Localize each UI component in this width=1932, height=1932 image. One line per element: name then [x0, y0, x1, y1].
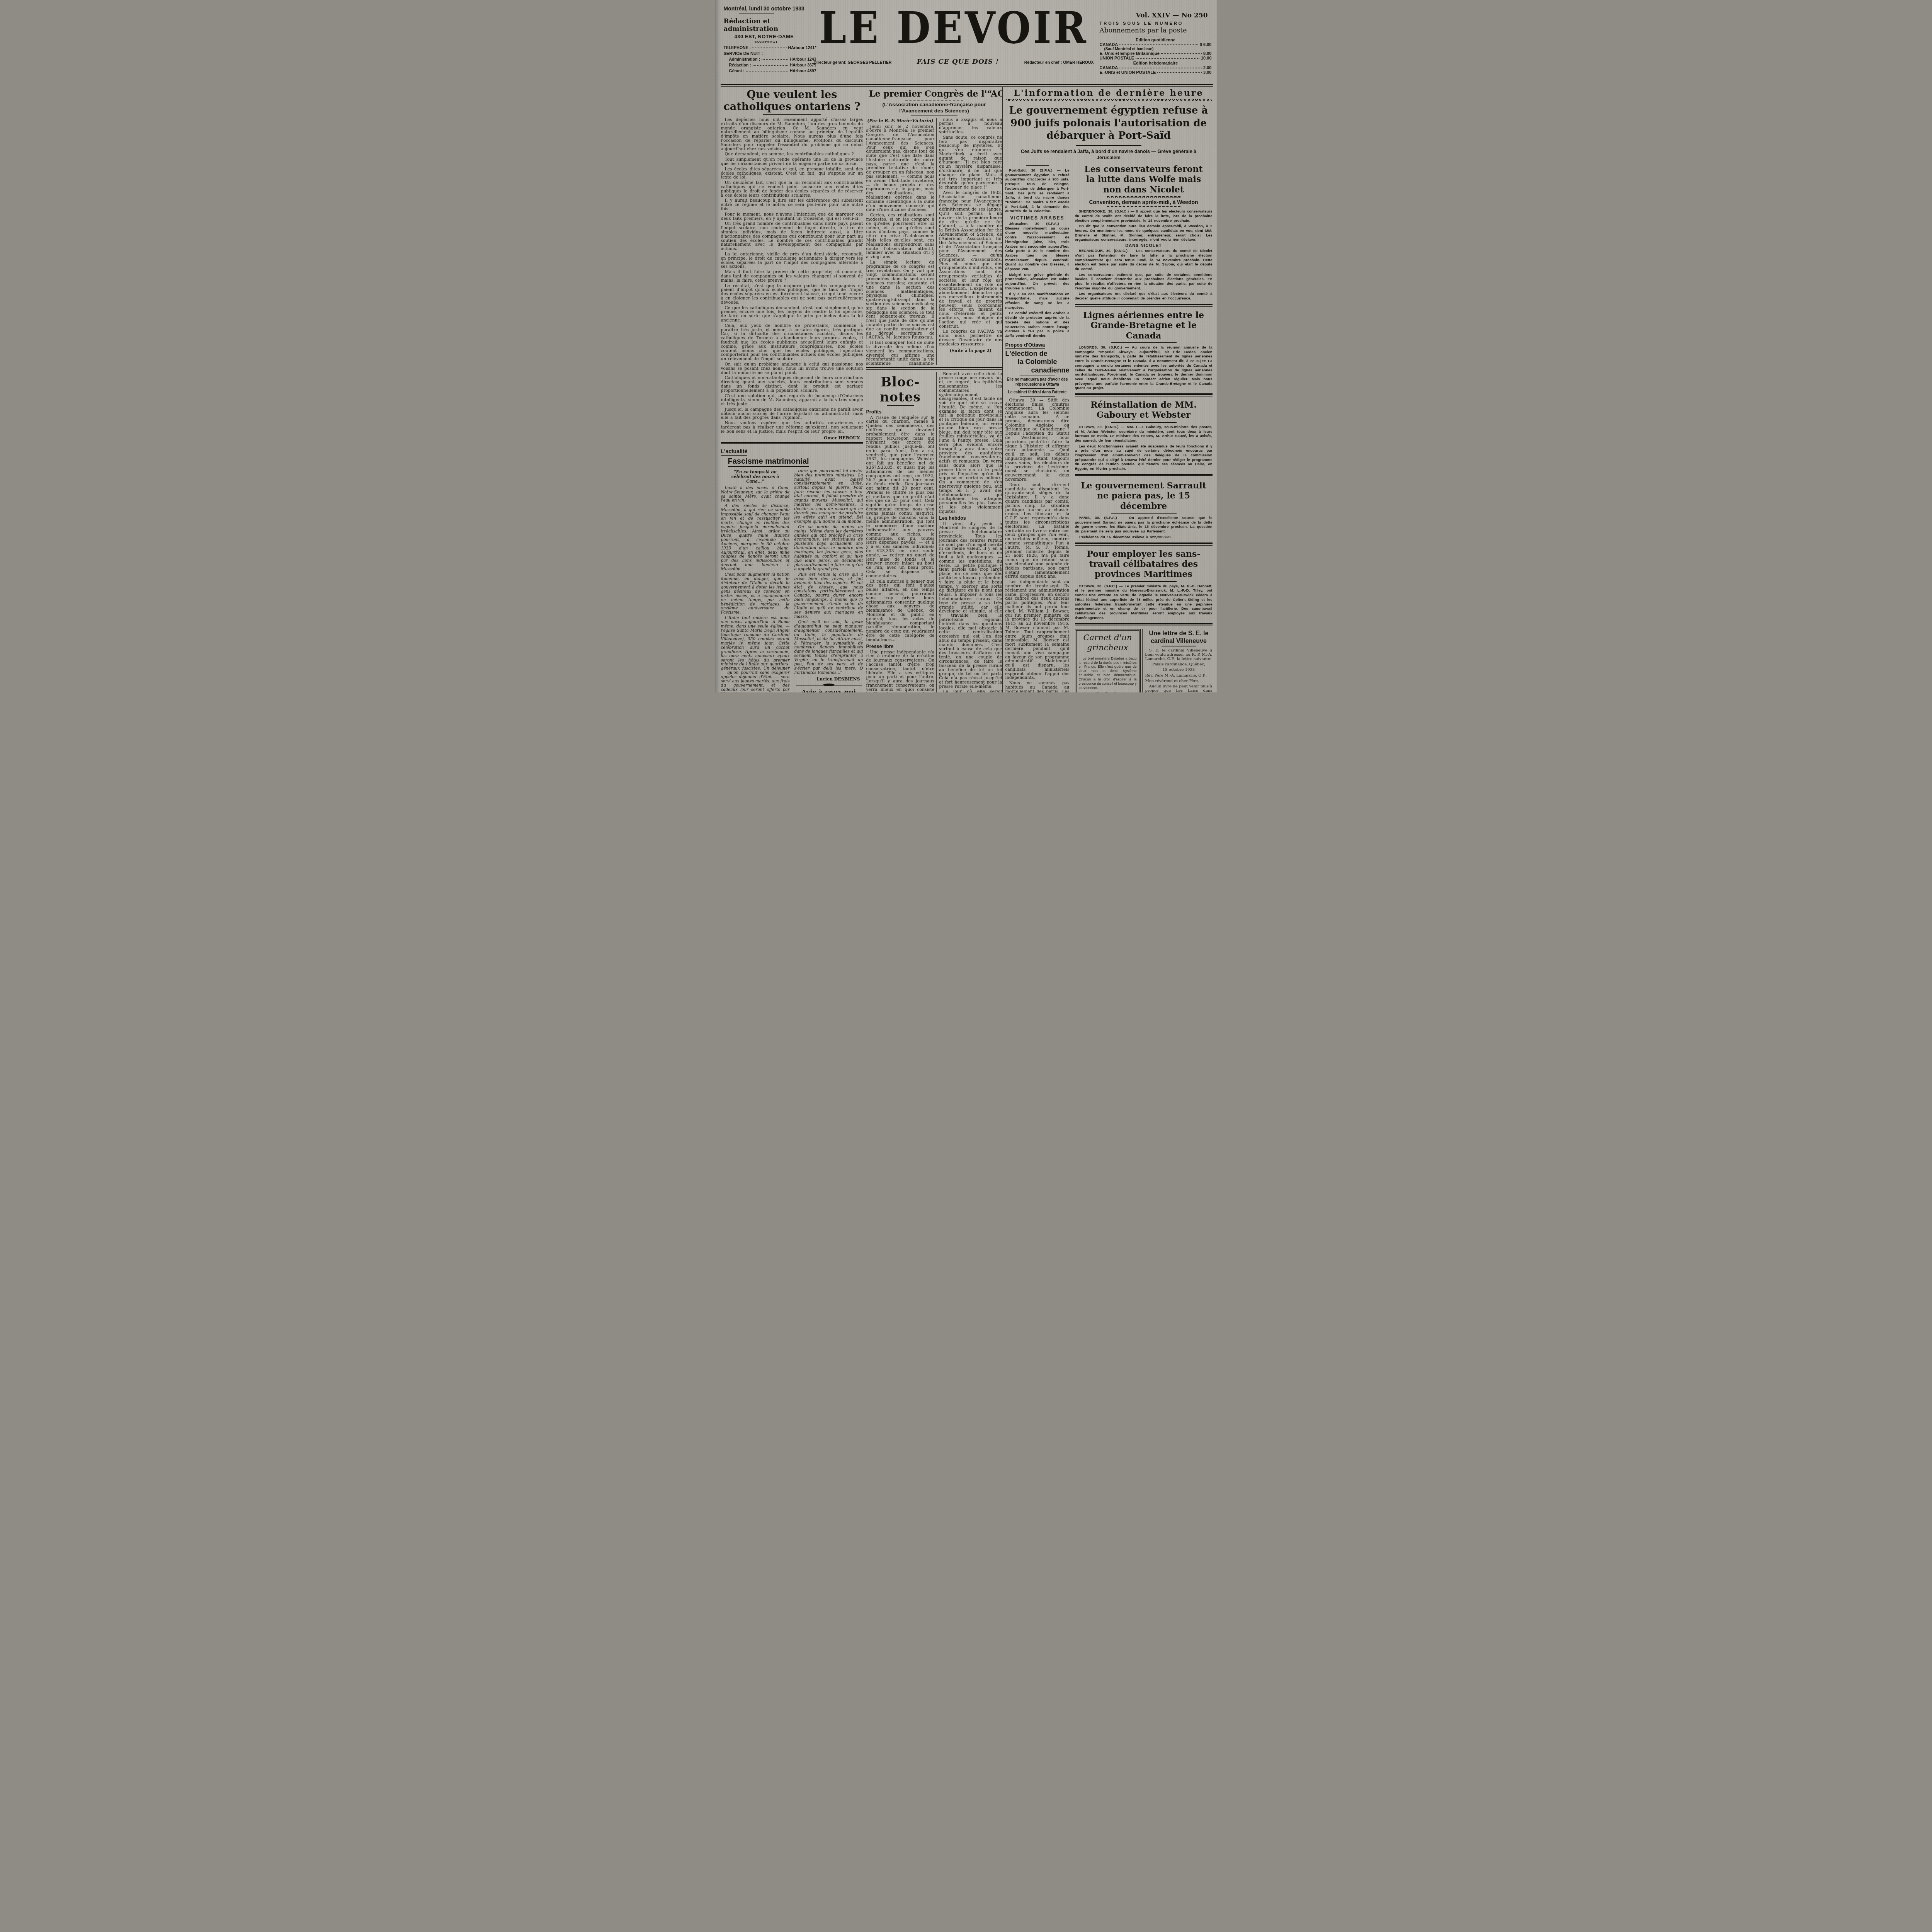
colombie-headline-l3: canadienne	[1005, 366, 1070, 375]
dotted-leader	[1161, 53, 1202, 54]
subscription-row: UNION POSTALE 10.00	[1100, 56, 1212, 61]
rule	[1111, 342, 1177, 343]
paragraph: OTTAWA, 30. (D.N.C.) — MM. L.-J. Gaboury…	[1075, 425, 1213, 443]
nicolet-subhead: DANS NICOLET	[1075, 243, 1213, 248]
rule	[1096, 654, 1119, 654]
maritimes-article: Pour employer les sans-travail célibatai…	[1075, 548, 1213, 622]
blocnotes-col-2: Bennett avec celle dont la presse rouge …	[937, 372, 1002, 692]
actualite-col-2: toire que pourraient lui envier bien des…	[792, 469, 863, 692]
paragraph: Port-Saïd, 30 (S.P.A.) — Le gouvernement…	[1005, 168, 1070, 214]
column-acfas-blocnotes: Le premier Congrès de l'“ACFAS” (L'Assoc…	[866, 87, 1003, 692]
right-articles-column: Les conservateurs feront la lutte dans W…	[1072, 163, 1213, 692]
sub-value: 10.00	[1201, 56, 1212, 61]
colombie-deck-2: Le cabinet fédéral dans l'attente	[1005, 390, 1070, 395]
paragraph: Puis est venue la crise qui a brisé bien…	[794, 573, 863, 619]
gaboury-body: OTTAWA, 30. (D.N.C.) — MM. L.-J. Gaboury…	[1075, 425, 1213, 471]
paragraph: Malgré une grève générale de protestatio…	[1005, 273, 1070, 291]
acfas-col-1: (Par le R. F. Marie-Victorin) Jeudi soir…	[866, 118, 937, 365]
colombie-headline: L'élection de la Colombie canadienne	[1005, 350, 1070, 375]
villeneuve-body: S. E. le cardinal Villeneuve a bien voul…	[1145, 648, 1213, 692]
jerusalem-dispatch: Jérusalem, 30 (S.P.A.) — Blessés mortell…	[1005, 222, 1070, 338]
paragraph: Les dépêches nous ont récemment apporté …	[721, 118, 863, 151]
wolfe-body-2: BECANCOUR, 30. (D.N.C.) — Les conservate…	[1075, 249, 1213, 301]
motto: FAIS CE QUE DOIS !	[917, 58, 999, 66]
paragraph: Jeudi soir, le 2 novembre, s'ouvre à Mon…	[866, 125, 935, 213]
paragraph: Une presse indépendante n'a rien à crain…	[866, 650, 935, 692]
colombie-headline-l2: la Colombie	[1005, 358, 1070, 366]
dotted-leader	[753, 65, 788, 66]
dateline: Montréal, lundi 30 octobre 1933	[724, 5, 816, 12]
acfas-subtitle: (L'Association canadienne-française pour…	[869, 102, 999, 114]
actualite-body-2: toire que pourraient lui envier bien des…	[794, 469, 863, 675]
sub-value: 8.00	[1203, 51, 1211, 56]
egypt-headline: Le gouvernement égyptien refuse à 900 ju…	[1007, 104, 1210, 142]
paragraph: Il y a eu des manifestations en Transjor…	[1005, 292, 1070, 310]
heavy-rule	[721, 442, 863, 445]
actualite-signature: Lucien DESBIENS	[794, 677, 860, 682]
sub-value: 3.00	[1203, 70, 1211, 75]
weekly-edition-label: Edition hebdomadaire	[1100, 61, 1212, 66]
rule	[1076, 145, 1141, 146]
paragraph: SHERBROOKE, 30. (D.N.C.) — Il appert que…	[1075, 209, 1213, 223]
wolfe-article: Les conservateurs feront la lutte dans W…	[1075, 163, 1213, 302]
actualite-section: L'actualité Fascisme matrimonial “En ce …	[721, 447, 863, 692]
phone-label: Administration :	[729, 57, 760, 62]
paragraph: On dit que la convention aura lieu demai…	[1075, 224, 1213, 242]
subscription-row: CANADA 2.00	[1100, 66, 1212, 70]
paragraph: Nous voulons espérer que les autorités o…	[721, 421, 863, 434]
hebdos-subhead: Les hebdos	[939, 515, 1002, 521]
blocnotes-col-1: Bloc-notes Profits A l'issue de l'enquêt…	[866, 372, 937, 692]
paragraph: S. E. le cardinal Villeneuve a bien voul…	[1145, 648, 1213, 662]
actualite-quote: “En ce temps-là on célébrait des noces à…	[725, 470, 786, 484]
acfas-columns: (Par le R. F. Marie-Victorin) Jeudi soir…	[866, 118, 1002, 365]
dotted-leader	[1119, 68, 1202, 68]
dotted-leader	[1136, 58, 1199, 59]
acfas-continued-note: (Suite à la page 2)	[939, 349, 1002, 353]
lignes-article: Lignes aériennes entre le Grande-Bretagn…	[1075, 309, 1213, 392]
paragraph: Il y aurait beaucoup à dire sur les diff…	[721, 199, 863, 211]
sarrault-article: Le gouvernement Sarrault ne paiera pas, …	[1075, 480, 1213, 541]
page-content: Que veulent les catholiques ontariens ? …	[721, 87, 1213, 692]
heavy-rule	[1075, 393, 1213, 396]
blocnotes-columns: Bloc-notes Profits A l'issue de l'enquêt…	[866, 372, 1002, 692]
phone-value: HArbour 1241*	[788, 46, 816, 50]
column-editorial: Que veulent les catholiques ontariens ? …	[721, 87, 866, 692]
late-news-columns: Port-Saïd, 30 (S.P.A.) — Le gouvernement…	[1005, 163, 1213, 692]
actualite-col-1: “En ce temps-là on célébrait des noces à…	[721, 469, 792, 692]
colombie-headline-l1: L'élection de	[1005, 350, 1048, 357]
paragraph: Les indépendants sont au nombre de trent…	[1005, 580, 1070, 680]
phone-label: TELEPHONE :	[724, 46, 751, 50]
paragraph: Sans doute, ce congrès ne fera pas dispa…	[939, 136, 1002, 190]
paragraph: On sait qu'un problème analogue à celui …	[721, 362, 863, 375]
paragraph: Les deux fonctionnaires avaient été susp…	[1075, 444, 1213, 471]
paragraph: La loi ontarienne, vieille de près d'un …	[721, 252, 863, 269]
acfas-body-2: nous a assagis et nous a permis à nouvea…	[939, 118, 1002, 347]
paragraph: A des siècles de distance, Mussolini, à …	[721, 504, 790, 571]
hebdos-body: Il vient d'y avoir à Montréal le congrès…	[939, 522, 1002, 692]
heavy-rule	[1075, 623, 1213, 626]
paragraph: Mon révérend et cher Père,	[1145, 679, 1213, 683]
actualite-body-1: Invité à des noces à Cana, Notre-Seigneu…	[721, 486, 790, 692]
acfas-col-2: nous a assagis et nous a permis à nouvea…	[937, 118, 1002, 365]
grincheux-column: Carnet d'un grincheux Le bref ministère …	[1075, 629, 1142, 692]
bottom-right-row: Carnet d'un grincheux Le bref ministère …	[1075, 629, 1213, 692]
egypt-deck: Ces Juifs se rendaient à Jaffa, à bord d…	[1017, 148, 1201, 161]
paragraph: C'est une solution qui, aux regards de b…	[721, 394, 863, 406]
sub-label: E.-Unis et Empire Britannique	[1100, 51, 1160, 56]
sarrault-body: PARIS, 30. (S.P.A.) — On apprend d'excel…	[1075, 516, 1213, 540]
paragraph: Il vient d'y avoir à Montréal le congrès…	[939, 522, 1002, 689]
rule	[1020, 388, 1055, 389]
wolfe-deck: Convention, demain après-midi, à Weedon	[1075, 199, 1213, 205]
paragraph: On se marie de moins en moins. Même dans…	[794, 525, 863, 571]
sub-label: E.-UNIS et UNION POSTALE	[1100, 70, 1156, 75]
paragraph: Palais cardinalice, Québec,	[1145, 662, 1213, 667]
paragraph: Mais il faut faire la preuve de cette pr…	[721, 270, 863, 282]
lignes-headline: Lignes aériennes entre le Grande-Bretagn…	[1079, 310, 1209, 341]
paragraph: Et cela autorise à penser que des gens q…	[866, 580, 935, 642]
avis-headline: Avis à ceux qui voyagent	[794, 689, 863, 692]
subscriptions-title: Abonnements par la poste	[1100, 27, 1212, 34]
paragraph: ✻ ✻ ✻	[1079, 691, 1137, 692]
maritimes-body: OTTAWA, 30. (S.P.C.) — Le premier minist…	[1075, 584, 1213, 621]
acfas-byline: (Par le R. F. Marie-Victorin)	[866, 118, 935, 123]
paragraph: Bennett avec celle dont la presse rouge …	[939, 372, 1002, 514]
price-line: TROIS SOUS LE NUMERO	[1100, 21, 1212, 26]
paragraph: L'échéance du 15 décembre s'élève à $22,…	[1075, 535, 1213, 540]
rule	[905, 100, 963, 100]
night-service-label: SERVICE DE NUIT :	[724, 51, 816, 56]
fascisme-headline: Fascisme matrimonial	[728, 457, 809, 467]
masthead-center: LE DEVOIR Directeur-gérant: GEORGES PELL…	[814, 7, 1094, 66]
sub-value: 2.00	[1203, 66, 1211, 70]
paragraph: Nous ne sommes pas habitués au Canada au…	[1005, 681, 1070, 692]
paragraph: Catholiques et non-catholiques disposent…	[721, 376, 863, 393]
paragraph: A l'issue de l'enquête sur le cartel du …	[866, 416, 935, 578]
blocnotes-headline: Bloc-notes	[866, 374, 935, 405]
newspaper-front-page: Montréal, lundi 30 octobre 1933 Rédactio…	[715, 0, 1217, 692]
paragraph: Invité à des noces à Cana, Notre-Seigneu…	[721, 486, 790, 503]
subscription-row: CANADA $ 6.00	[1100, 43, 1212, 47]
heavy-rule	[1075, 304, 1213, 307]
acfas-body-1: Jeudi soir, le 2 novembre, s'ouvre à Mon…	[866, 125, 935, 365]
colombie-body: Ottawa, 30 — Sitôt des élections finies,…	[1005, 398, 1070, 692]
paragraph: Le bref ministère Daladier a battu le re…	[1079, 656, 1137, 690]
paragraph: Les conservateurs estiment que, par suit…	[1075, 273, 1213, 291]
acfas-headline: Le premier Congrès de l'“ACFAS”	[869, 89, 1000, 99]
dotted-leader	[762, 59, 788, 60]
phone-value: HArbour 1243	[790, 57, 816, 62]
victimes-arabes-subhead: VICTIMES ARABES	[1005, 215, 1070, 221]
masthead-double-rule	[721, 84, 1213, 87]
sub-label: UNION POSTALE	[1100, 56, 1134, 61]
phone-label: Gérant :	[729, 69, 745, 73]
paragraph: La simple lecture du programme de ce con…	[866, 260, 935, 340]
wolfe-body-1: SHERBROOKE, 30. (D.N.C.) — Il appert que…	[1075, 209, 1213, 242]
sub-value: $ 6.00	[1200, 43, 1212, 47]
subscription-row: E.-Unis et Empire Britannique 8.00	[1100, 51, 1212, 56]
paragraph: Ce que les catholiques demandent, c'est …	[721, 306, 863, 323]
subscription-note: (Sauf Montréal et banlieue)	[1104, 47, 1212, 51]
dotted-leader	[752, 48, 786, 48]
sub-label: CANADA	[1100, 43, 1118, 47]
colombie-deck: Elle ne manquera pas d'avoir des répercu…	[1005, 378, 1070, 387]
paragraph: Certes, ces réalisations sont modestes, …	[866, 213, 935, 259]
wolfe-headline: Les conservateurs feront la lutte dans W…	[1079, 164, 1209, 195]
editorial-signature: Omer HEROUX	[721, 435, 860, 440]
paragraph: Un très grand nombre de contribuables da…	[721, 222, 863, 251]
rule	[911, 116, 957, 116]
editor-label: Rédacteur en chef : OMER HEROUX	[1024, 60, 1094, 65]
profits-body: A l'issue de l'enquête sur le cartel du …	[866, 416, 935, 642]
paragraph: Avec le congrès de 1933, l'Association c…	[939, 191, 1002, 328]
paragraph: PARIS, 30. (S.P.A.) — On apprend d'excel…	[1075, 516, 1213, 534]
phone-value: HArbour 3679	[790, 63, 816, 68]
villeneuve-column: Une lettre de S. E. le cardinal Villeneu…	[1142, 629, 1213, 692]
rule	[763, 114, 821, 115]
paragraph: Pour le moment, nous n'avons l'intention…	[721, 213, 863, 221]
late-news-banner: L'information de dernière heure	[1005, 88, 1213, 98]
rule	[1138, 36, 1165, 36]
rule	[1020, 396, 1055, 397]
lignes-body: LONDRES, 30. (S.P.C.) — Au cours de la r…	[1075, 345, 1213, 391]
heavy-rule	[1075, 543, 1213, 546]
dotted-leader	[746, 71, 788, 71]
blocnotes-continuation: Bennett avec celle dont la presse rouge …	[939, 372, 1002, 514]
director-label: Directeur-gérant: GEORGES PELLETIER	[814, 60, 892, 65]
phone-row: Administration : HArbour 1243	[729, 57, 816, 62]
paragraph: BECANCOUR, 30. (D.N.C.) — Les conservate…	[1075, 249, 1213, 272]
office-city: MONTREAL	[755, 40, 816, 44]
masthead-office-block: Montréal, lundi 30 octobre 1933 Rédactio…	[724, 5, 816, 73]
paragraph: Deux cent dix-neuf candidats se disputen…	[1005, 483, 1070, 579]
actualite-columns: “En ce temps-là on célébrait des noces à…	[721, 469, 863, 692]
paragraph: Les écoles dites séparées et qui, en pre…	[721, 167, 863, 180]
rule	[1107, 206, 1180, 208]
paragraph: Ottawa, 30 — Sitôt des élections finies,…	[1005, 398, 1070, 482]
paragraph: Il faut souligner tout de suite la diver…	[866, 341, 935, 365]
rule	[1111, 422, 1177, 423]
paragraph: LONDRES, 30. (S.P.C.) — Au cours de la r…	[1075, 345, 1213, 391]
phone-row: TELEPHONE : HArbour 1241*	[724, 46, 816, 50]
paragraph: Le congrès de l'ACFAS va donc nous perme…	[939, 330, 1002, 346]
paragraph: Quoi qu'il en soit, le geste d'aujourd'h…	[794, 620, 863, 675]
paragraph: Jusqu'ici la campagne des catholiques on…	[721, 408, 863, 420]
masthead-subscriptions-block: Vol. XXIV — No 250 TROIS SOUS LE NUMERO …	[1100, 12, 1212, 75]
rule	[1026, 165, 1049, 166]
paragraph: Rév. Père M.-A. Lamarche, O.P.,	[1145, 673, 1213, 678]
grincheux-body: Le bref ministère Daladier a battu le re…	[1079, 656, 1137, 692]
phone-row: Gérant : HArbour 4897	[729, 69, 816, 73]
paragraph: C'est pour augmenter la nation italienne…	[721, 573, 790, 615]
rule	[887, 405, 914, 406]
paragraph: OTTAWA, 30. (S.P.C.) — Le premier minist…	[1075, 584, 1213, 621]
rule	[1107, 196, 1180, 198]
phone-label: Rédaction :	[729, 63, 751, 68]
rule	[1020, 376, 1055, 376]
paragraph: Le comité exécutif des Arabes a décidé d…	[1005, 311, 1070, 338]
heavy-rule	[866, 367, 1002, 370]
sarrault-headline: Le gouvernement Sarrault ne paiera pas, …	[1079, 481, 1209, 511]
rule	[739, 14, 774, 14]
rule	[1111, 581, 1177, 582]
paragraph: L'Italie tout entière est donc aux noces…	[721, 616, 790, 692]
paragraph: Jérusalem, 30 (S.P.A.) — Blessés mortell…	[1005, 222, 1070, 272]
actualite-kicker: L'actualité	[721, 448, 748, 456]
gaboury-headline: Réinstallation de MM. Gaboury et Webster	[1079, 400, 1209, 420]
masthead-subrow: Directeur-gérant: GEORGES PELLETIER FAIS…	[814, 58, 1094, 66]
editorial-body: Les dépêches nous ont récemment apporté …	[721, 118, 863, 434]
paragraph: toire que pourraient lui envier bien des…	[794, 469, 863, 524]
phone-row: Rédaction : HArbour 3679	[729, 63, 816, 68]
volume-number: Vol. XXIV — No 250	[1100, 12, 1208, 19]
paragraph: Un deuxième fait, c'est que la loi recon…	[721, 181, 863, 197]
heavy-rule	[1075, 474, 1213, 477]
rule	[1111, 513, 1177, 514]
paragraph: 18 octobre 1933	[1145, 668, 1213, 672]
paragraph: Que demandent, en somme, les contribuabl…	[721, 152, 863, 156]
office-line1: Rédaction et administration	[724, 17, 816, 33]
newspaper-title: LE DEVOIR	[814, 7, 1094, 48]
subscription-row: E.-UNIS et UNION POSTALE 3.00	[1100, 70, 1212, 75]
paragraph: Le résultat, c'est que la majeure partie…	[721, 284, 863, 305]
phone-value: HArbour 4897	[790, 69, 816, 73]
gaboury-article: Réinstallation de MM. Gaboury et Webster…	[1075, 399, 1213, 473]
dotted-leader	[1157, 72, 1202, 73]
sub-label: CANADA	[1100, 66, 1118, 70]
paragraph: Les organisateurs ont déclaré que c'étai…	[1075, 292, 1213, 301]
portsaid-dispatch: Port-Saïd, 30 (S.P.A.) — Le gouvernement…	[1005, 168, 1070, 214]
profits-subhead: Profits	[866, 409, 935, 415]
daily-edition-label: Edition quotidienne	[1100, 38, 1212, 43]
villeneuve-headline: Une lettre de S. E. le cardinal Villeneu…	[1145, 630, 1213, 645]
presse-libre-body: Une presse indépendante n'a rien à crain…	[866, 650, 935, 692]
tapered-rule	[796, 685, 862, 685]
paragraph: Tout simplement qu'on rende opérante une…	[721, 158, 863, 166]
office-address: 430 EST, NOTRE-DAME	[735, 34, 816, 39]
dispatch-column: Port-Saïd, 30 (S.P.A.) — Le gouvernement…	[1005, 163, 1072, 692]
paragraph: Aucun livre ne peut venir plus à propos …	[1145, 684, 1213, 692]
paragraph: Cela, aux yeux de nombre de protestants,…	[721, 324, 863, 361]
rule	[1162, 646, 1196, 646]
dotted-leader	[1119, 44, 1198, 45]
presse-libre-subhead: Presse libre	[866, 644, 935, 649]
maritimes-headline: Pour employer les sans-travail célibatai…	[1079, 549, 1209, 580]
propos-ottawa-kicker: Propos d'Ottawa	[1005, 342, 1045, 349]
acfas-header: Le premier Congrès de l'“ACFAS” (L'Assoc…	[866, 87, 1002, 118]
grincheux-box: Carnet d'un grincheux Le bref ministère …	[1075, 629, 1141, 692]
paragraph: nous a assagis et nous a permis à nouvea…	[939, 118, 1002, 134]
grincheux-headline: Carnet d'un grincheux	[1079, 633, 1137, 652]
editorial-headline: Que veulent les catholiques ontariens ?	[721, 89, 863, 113]
paragraph: Le jour où elle serait presque toute à l…	[939, 690, 1002, 692]
zigzag-rule	[1006, 99, 1212, 101]
late-news-section: L'information de dernière heure Le gouve…	[1003, 87, 1213, 692]
